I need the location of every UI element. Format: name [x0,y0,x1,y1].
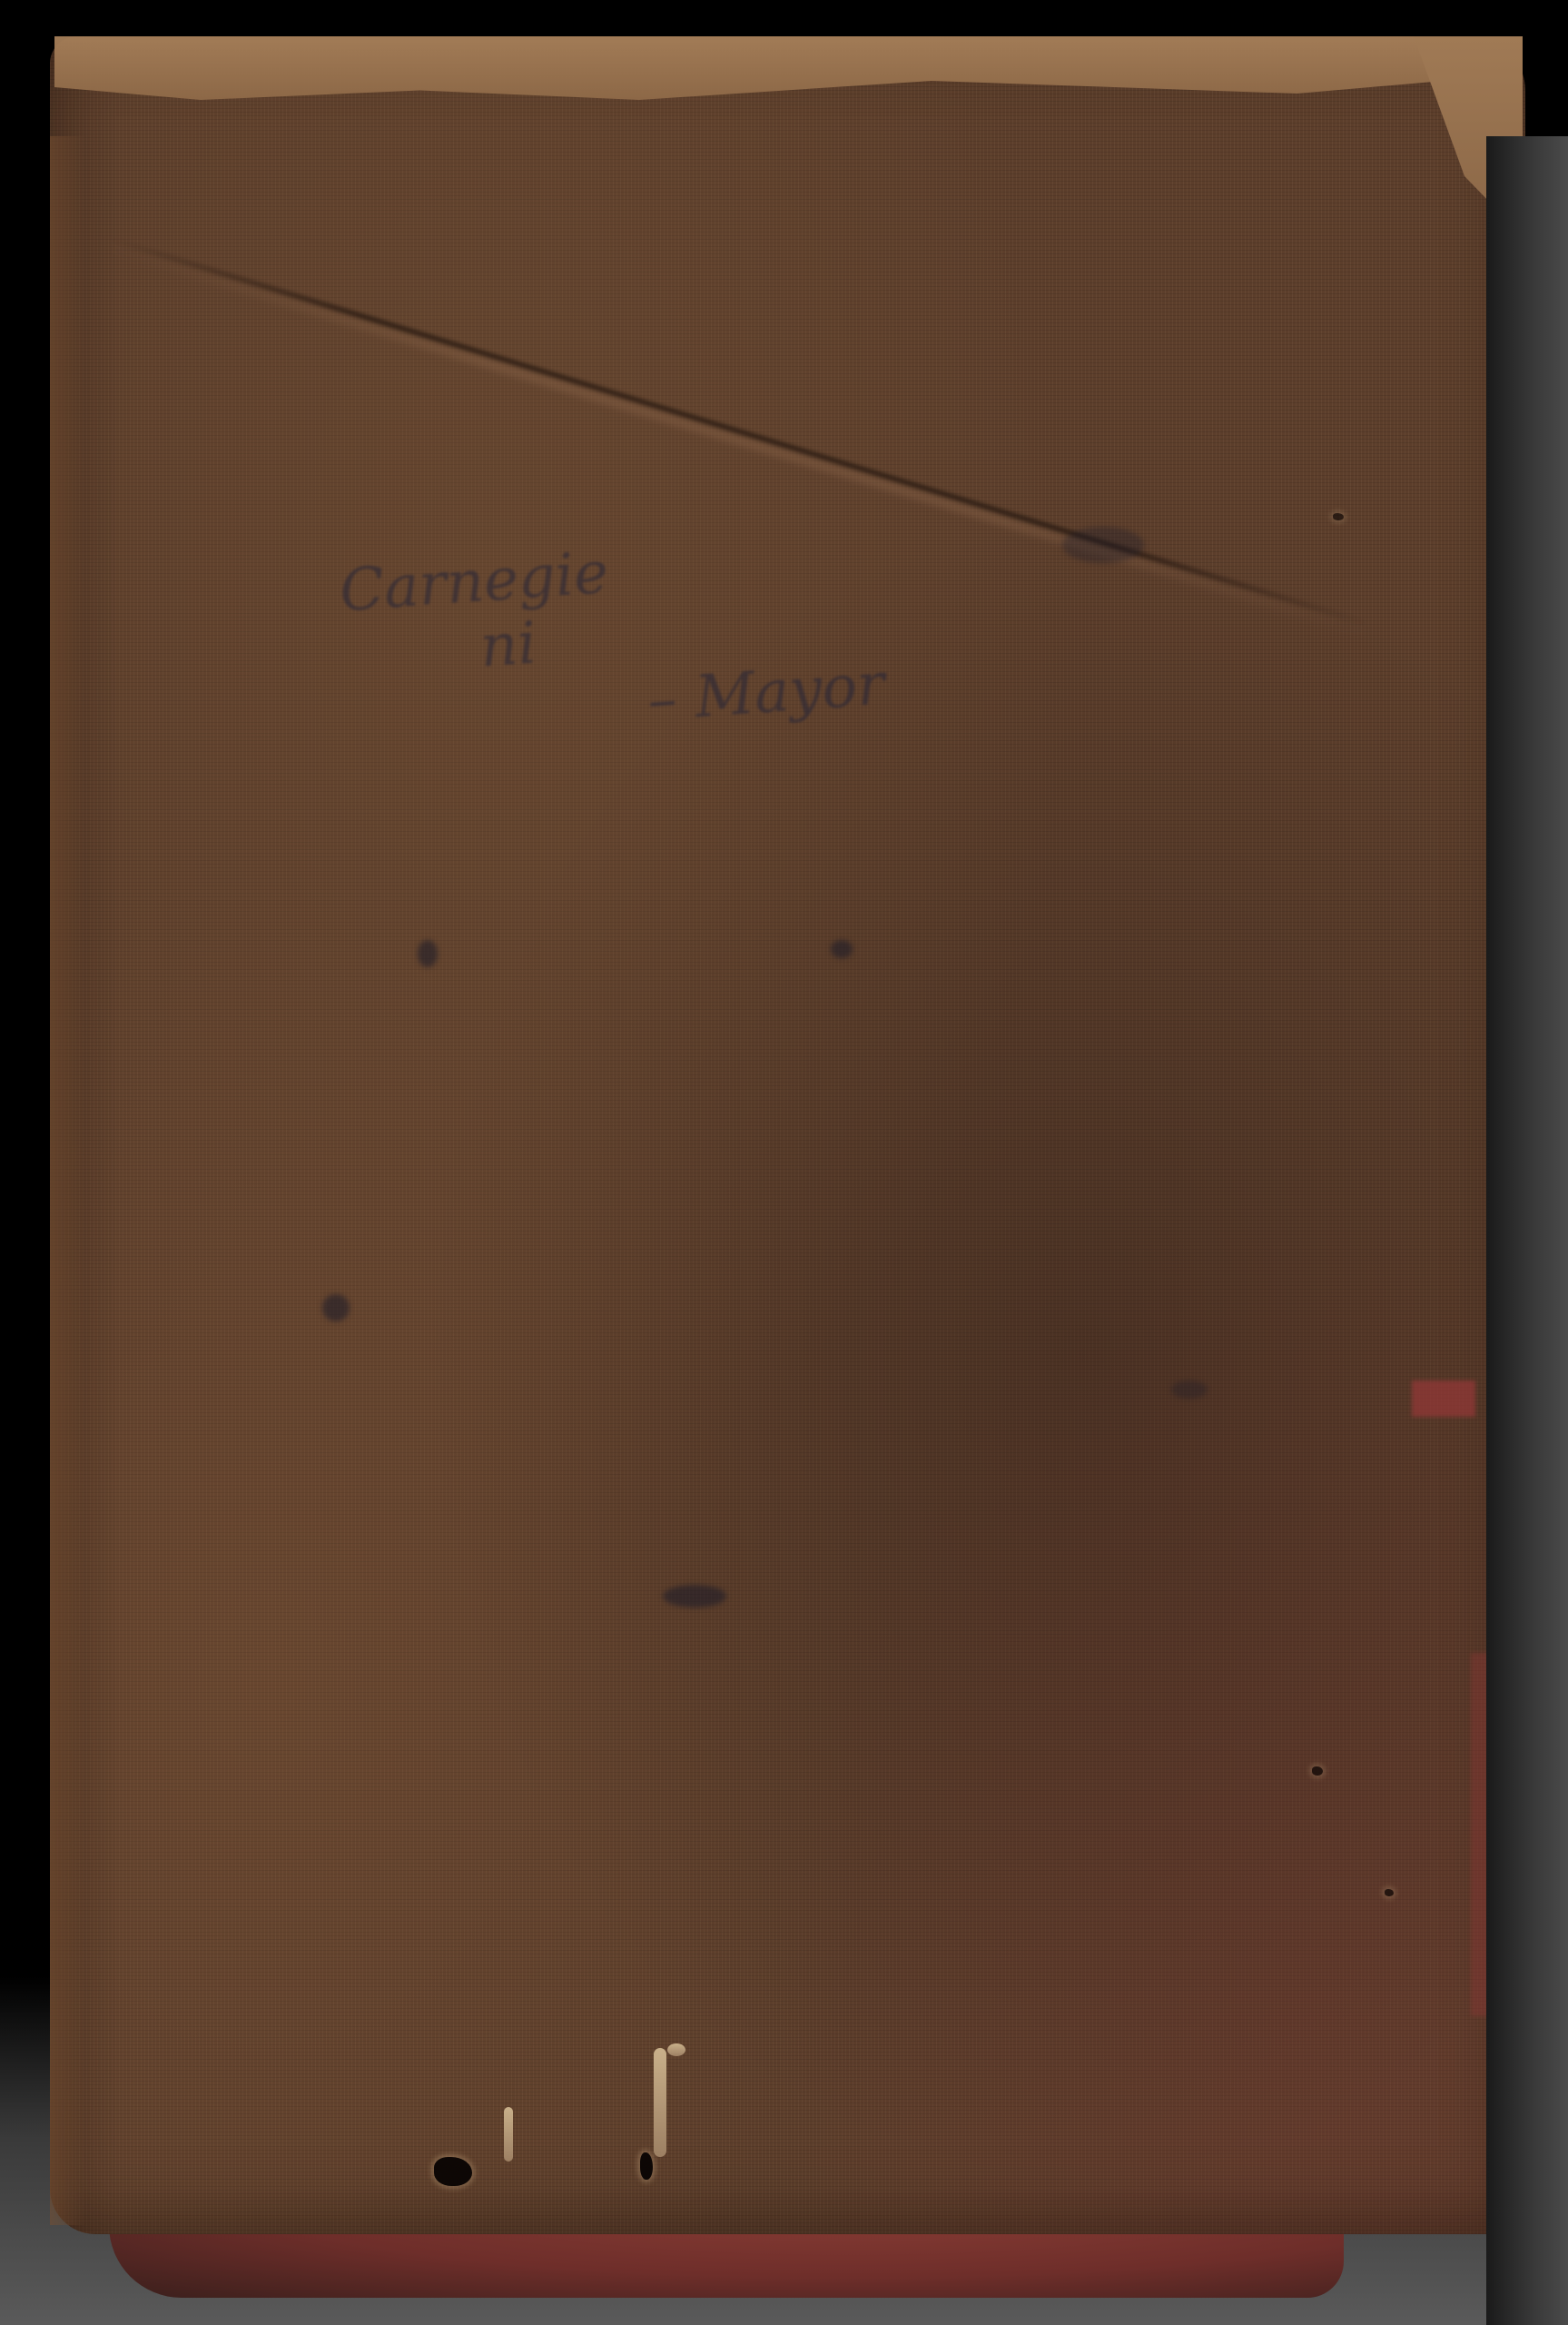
worm-hole [1312,1766,1323,1776]
red-frayed-fabric [1412,1380,1475,1417]
torn-top-edge [54,36,1516,100]
cloth-tear [654,2048,666,2157]
cloth-tear [667,2043,685,2056]
ink-spot [322,1294,350,1321]
ink-spot [663,1585,726,1608]
ink-spot [1062,527,1144,563]
worm-hole [640,2152,653,2180]
worm-hole [1385,1889,1394,1896]
ink-spot [418,940,438,967]
red-frayed-fabric [1471,1653,1507,2016]
book-cover [50,36,1525,2234]
cloth-tear [504,2107,513,2162]
ink-spot [1171,1380,1208,1399]
handwritten-inscription: Carnegie ni – Mayor [338,513,1006,795]
cover-left-edge [50,136,86,2225]
photo-scene: Carnegie ni – Mayor [0,0,1568,2325]
ink-spot [831,940,853,958]
worm-hole [434,2157,472,2186]
worm-hole [1333,513,1344,520]
